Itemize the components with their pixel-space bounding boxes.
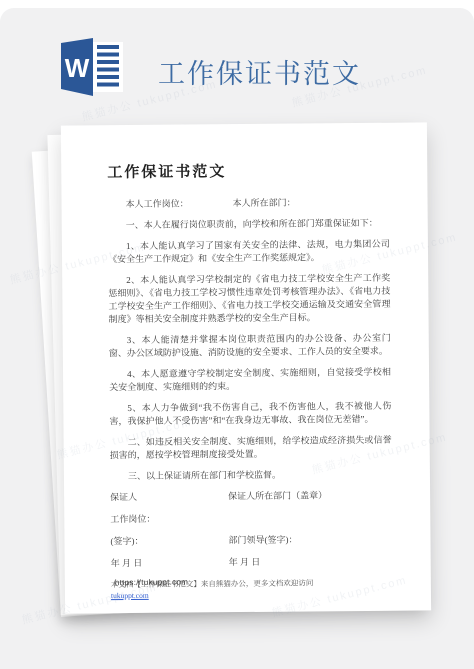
document-body: 本人工作岗位：本人所在部门： 一、本人在履行岗位职责前，向学校和所在部门郑重保证… [108,196,394,601]
header: W 工作保证书范文 [0,0,474,110]
page-title: 工作保证书范文 [158,52,361,91]
work-position-label: 工作岗位： [110,512,228,526]
paragraph: 1、本人能认真学习了国家有关安全的法律、法规，电力集团公司《安全生产工作规定》和… [108,238,390,266]
signature-row: (签字)： 部门领导(签字)： [110,533,392,548]
signature-row: 保证人 保证人所在部门（盖章） [110,489,392,504]
signature-row: 工作岗位： [110,511,392,526]
paragraph: 一、本人在履行岗位职责前，向学校和所在部门郑重保证如下： [108,217,390,232]
paragraph: 二、如违反相关安全制度、实施细则，给学校造成经济损失或信誉损害的，愿按学校管理制… [110,434,392,462]
info-line: 本人工作岗位：本人所在部门： [108,196,390,211]
blank-cell [228,511,392,525]
document-page: 工作保证书范文 本人工作岗位：本人所在部门： 一、本人在履行岗位职责前，向学校和… [61,122,431,613]
footer-link[interactable]: tukuppt.com [111,591,149,600]
preview-canvas: W 工作保证书范文 工作保证书范文 本人工作岗位：本人所在部门： 一、本人在履行… [0,0,474,669]
paragraph: 3、本人能清楚并掌握本岗位职责范围内的办公设备、办公室门窗、办公区域防护设施、消… [109,332,391,360]
date-label: 年 月 日 [111,556,229,570]
paper-sheet-front: 工作保证书范文 本人工作岗位：本人所在部门： 一、本人在履行岗位职责前，向学校和… [61,122,431,613]
guarantor-department-label: 保证人所在部门（盖章） [228,489,392,503]
date-label: 年 月 日 [229,555,393,569]
paragraph: 4、本人愿意遵守学校制定安全制度、实施细则，自觉接受学校相关安全制度、实施细则的… [109,366,391,394]
info-department-label: 本人所在部门： [233,198,296,209]
paragraph: 2、本人能认真学习学校制定的《省电力技工学校安全生产工作奖惩细则》、《省电力技工… [108,272,390,326]
word-icon-letter: W [65,53,90,83]
paragraph: 5、本人力争做到“我不伤害自己，我不伤害他人，我不被他人伤害，我保护他人不受伤害… [109,400,391,428]
paragraph: 三、以上保证请所在部门和学校监督。 [110,468,392,483]
signature-row: 年 月 日 年 月 日 [111,555,393,570]
word-icon: W [61,36,129,98]
page-url: https://tukuppt.com [115,578,188,588]
guarantor-label: 保证人 [110,490,228,504]
leader-sign-label: 部门领导(签字)： [228,533,392,547]
document-heading: 工作保证书范文 [107,159,389,182]
sign-label: (签字)： [110,534,228,548]
info-work-position-label: 本人工作岗位： [126,198,189,209]
